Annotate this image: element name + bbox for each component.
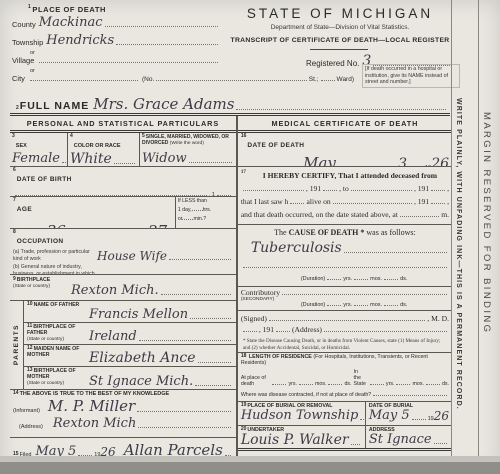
undertaker-address-value: St Ignace	[369, 433, 432, 446]
form-body: PERSONAL AND STATISTICAL PARTICULARS 3SE…	[10, 116, 450, 466]
father-birthplace-note: (State or country)	[27, 337, 64, 342]
parents-section: PARENTS 10NAME OF FATHER Francis Mellon …	[10, 301, 236, 390]
dotted-line	[323, 188, 337, 191]
medical-column: MEDICAL CERTIFICATE OF DEATH 16DATE OF D…	[237, 116, 452, 466]
mother-birthplace-label: BIRTHPLACE OF MOTHER	[27, 368, 76, 380]
father-name-value: Francis Mellon	[89, 308, 188, 321]
mos-unit: mos.	[370, 302, 382, 308]
dotted-line	[354, 277, 368, 280]
contributory-field: Contributory (SECONDARY) (Duration) yrs.…	[238, 287, 452, 311]
dotted-line	[373, 393, 447, 396]
no-paren-label: (No.	[142, 76, 154, 83]
where-contracted-label: Where was disease contracted, if not at …	[241, 392, 371, 398]
field-number: 17	[241, 170, 246, 175]
hospital-note: [If death occurred in a hospital or inst…	[362, 64, 460, 88]
dotted-line	[290, 201, 304, 204]
field-number: 4	[70, 133, 73, 139]
undertaker-field: 20UNDERTAKER Louis P. Walker	[238, 426, 366, 448]
field-number: 8	[13, 229, 16, 235]
dotted-line	[431, 188, 445, 191]
color-race-label: COLOR OR RACE	[74, 143, 121, 149]
dotted-line	[39, 60, 218, 63]
dotted-line	[139, 338, 231, 341]
dotted-line	[105, 24, 218, 27]
sign-date-field: , 191 (Address)	[238, 324, 452, 336]
informant-address-label: (Address)	[19, 424, 43, 430]
dotted-line	[156, 78, 307, 81]
place-of-burial-value: Hudson Township	[241, 409, 359, 422]
comma: ,	[447, 197, 449, 206]
field-number: 12	[27, 345, 33, 351]
personal-title: PERSONAL AND STATISTICAL PARTICULARS	[10, 116, 236, 133]
registered-no-label: Registered No.	[306, 59, 359, 68]
place-of-death-heading: 1PLACE OF DEATH	[28, 5, 106, 14]
birthplace-label: BIRTHPLACE	[17, 277, 50, 283]
sex-label: SEX	[16, 143, 27, 149]
dotted-line	[272, 382, 286, 385]
age-label: AGE	[17, 206, 32, 213]
dod-month-value: May	[303, 156, 336, 167]
sex-color-marital-row: 3SEX Female 4COLOR OR RACE White 5SINGLE…	[10, 133, 236, 167]
dotted-line	[344, 250, 447, 253]
place-of-burial-field: 19PLACE OF BURIAL OR REMOVAL Hudson Town…	[238, 402, 366, 425]
mother-maiden-name-label: MAIDEN NAME OF MOTHER	[27, 346, 79, 358]
marital-value: Widow	[142, 152, 187, 165]
township-field: Township Hendricks	[12, 34, 220, 47]
father-name-field: 10NAME OF FATHER Francis Mellon	[24, 301, 236, 323]
color-race-value: White	[70, 152, 112, 166]
margin-rule	[451, 0, 452, 458]
st-label: St.;	[309, 76, 319, 83]
dotted-line	[189, 160, 232, 163]
dotted-line	[15, 193, 207, 196]
year-191: , 191	[414, 184, 429, 193]
dotted-line	[328, 382, 342, 385]
full-name-label: FULL NAME	[20, 100, 89, 112]
certificate-form: 1PLACE OF DEATH County Mackinac Township…	[10, 2, 450, 454]
informant-address-value: Rexton Mich	[53, 417, 137, 430]
yrs-unit: yrs.	[343, 302, 352, 308]
yrs-unit: yrs.	[343, 276, 352, 282]
at-place-label: At place of death	[241, 375, 271, 387]
color-race-field: 4COLOR OR RACE White	[67, 133, 139, 166]
certify-line1: I HEREBY CERTIFY, That I attended deceas…	[263, 171, 437, 180]
field-number: 3	[12, 133, 15, 139]
dotted-line	[412, 417, 426, 420]
dotted-line	[351, 442, 360, 445]
less-note-2: 1 day,	[178, 207, 192, 213]
dotted-line	[169, 257, 231, 260]
county-value: Mackinac	[39, 16, 103, 29]
dotted-line	[327, 303, 341, 306]
less-note-1: If LESS than	[178, 198, 207, 204]
father-birthplace-value: Ireland	[89, 330, 137, 343]
state-title: STATE OF MICHIGAN	[228, 6, 452, 21]
certify-field: 17 I HEREBY CERTIFY, That I attended dec…	[238, 167, 452, 225]
in-the-label: In the	[354, 370, 366, 382]
dotted-line	[190, 316, 231, 319]
m-suffix: m.	[441, 210, 449, 219]
form-header: 1PLACE OF DEATH County Mackinac Township…	[10, 2, 450, 92]
birthplace-note: (State or country)	[13, 284, 50, 289]
parents-label: PARENTS	[13, 324, 20, 365]
field-number: 11	[27, 323, 32, 329]
dotted-line	[434, 441, 447, 444]
occupation-b-label: (b) General nature of industry, business…	[13, 264, 97, 275]
cause-label: CAUSE OF DEATH *	[289, 228, 365, 237]
dotted-line	[282, 292, 447, 295]
dotted-line	[137, 409, 231, 412]
city-label: City	[12, 74, 25, 83]
contributory-label: Contributory	[241, 288, 280, 297]
parents-side-label: PARENTS	[10, 301, 24, 389]
dotted-line	[182, 215, 193, 220]
undertaker-row: 20UNDERTAKER Louis P. Walker ADDRESS St …	[238, 426, 452, 451]
ds-unit: ds.	[344, 381, 351, 387]
cause-value: Tuberculosis	[251, 241, 342, 255]
min-label: min.?	[193, 216, 206, 222]
in-the-state-label: In theState	[354, 370, 366, 387]
medical-title: MEDICAL CERTIFICATE OF DEATH	[238, 116, 452, 133]
county-label: County	[12, 20, 36, 29]
dotted-line	[236, 107, 446, 110]
field-number: 1	[28, 4, 31, 10]
dotted-line	[30, 78, 138, 81]
birthplace-value: Rexton Mich.	[71, 284, 159, 297]
write-plainly-margin-text: WRITE PLAINLY, WITH UNFADING INK—THIS IS…	[455, 98, 462, 410]
footnote-text: * State the Disease Causing Death, or in…	[241, 337, 449, 353]
father-birthplace-label: BIRTHPLACE OF FATHER	[27, 324, 75, 336]
field-number: 13	[27, 367, 33, 373]
dotted-line	[243, 188, 304, 191]
dotted-line	[116, 42, 218, 45]
ds-unit: ds.	[442, 381, 449, 387]
occupation-a-value: House Wife	[97, 250, 167, 262]
field-number: 14	[13, 390, 19, 396]
cause-footnote: * State the Disease Causing Death, or in…	[238, 336, 452, 353]
scan-edge-dark	[0, 462, 500, 474]
burial-year-value: 26	[434, 410, 449, 422]
informant-label: (Informant)	[13, 408, 40, 414]
city-field: City	[12, 74, 140, 83]
village-label: Village	[12, 56, 34, 65]
field-number: 5	[142, 133, 145, 139]
certify-line3: and that death occurred, on the date sta…	[241, 210, 398, 219]
state-label: State	[354, 382, 366, 388]
rule	[310, 49, 368, 50]
dotted-line	[327, 277, 341, 280]
md-suffix: , M. D.	[427, 314, 449, 323]
sex-field: 3SEX Female	[10, 133, 67, 166]
dotted-line	[299, 382, 313, 385]
dotted-line	[198, 360, 231, 363]
age-field: 7AGE If LESS than 1 day,hrs. ormin.? 36 …	[10, 197, 236, 229]
dotted-line	[426, 382, 440, 385]
cause-of-death-field: The CAUSE OF DEATH * was as follows: Tub…	[238, 225, 452, 287]
dotted-line	[370, 382, 384, 385]
year-191: , 191	[414, 197, 429, 206]
sex-value: Female	[12, 152, 60, 165]
death-certificate-scan: 1PLACE OF DEATH County Mackinac Township…	[0, 0, 500, 474]
duration-label: (Duration)	[301, 302, 325, 308]
occupation-a-label: (a) Trade, profession or particular kind…	[13, 249, 97, 262]
ds-unit: ds.	[400, 302, 407, 308]
dotted-line	[195, 383, 231, 386]
dod-label: DATE OF DEATH	[247, 142, 304, 149]
full-name-value: Mrs. Grace Adams	[93, 97, 234, 112]
personal-column: PERSONAL AND STATISTICAL PARTICULARS 3SE…	[10, 116, 237, 466]
undertaker-value: Louis P. Walker	[241, 433, 349, 447]
mos-unit: mos.	[370, 276, 382, 282]
ds-unit: ds.	[400, 276, 407, 282]
occupation-label: OCCUPATION	[17, 238, 64, 245]
field-number: 18	[241, 353, 247, 359]
less-than-one-day-note: If LESS than 1 day,hrs. ormin.?	[175, 197, 236, 228]
dotted-line	[217, 193, 231, 196]
dotted-line	[400, 214, 439, 217]
department-line: Department of State—Division of Vital St…	[228, 24, 452, 31]
field-number: 7	[13, 197, 16, 203]
hrs-label: hrs.	[203, 207, 212, 213]
dotted-line	[384, 277, 398, 280]
margin-rule	[478, 0, 479, 458]
dotted-line	[354, 303, 368, 306]
mos-unit: mos.	[315, 381, 326, 387]
marital-note: (Write the word)	[170, 141, 204, 146]
date-of-burial-value: May 5	[369, 409, 410, 422]
mos-unit: mos.	[412, 381, 423, 387]
year-191: , 191	[306, 184, 321, 193]
dotted-line	[333, 201, 412, 204]
dotted-line	[192, 206, 203, 211]
father-birthplace-field: 11BIRTHPLACE OF FATHER(State or country)…	[24, 323, 236, 345]
ward-label: Ward)	[337, 76, 354, 83]
parents-rows: 10NAME OF FATHER Francis Mellon 11BIRTHP…	[24, 301, 236, 389]
duration-label: (Duration)	[301, 276, 325, 282]
place-of-death-label: PLACE OF DEATH	[32, 5, 106, 14]
dotted-line	[114, 161, 135, 164]
length-of-residence-field: 18 LENGTH OF RESIDENCE (For Hospitals, I…	[238, 353, 452, 402]
cause-rest: was as follows:	[366, 228, 415, 237]
dod-day-value: 3	[398, 157, 407, 167]
dotted-line	[243, 329, 257, 332]
full-name-field: 2 FULL NAME Mrs. Grace Adams	[10, 92, 450, 116]
dotted-line	[276, 329, 290, 332]
dotted-line	[138, 425, 230, 428]
township-label: Township	[12, 38, 43, 47]
township-value: Hendricks	[46, 34, 114, 47]
signed-field: (Signed) , M. D.	[238, 311, 452, 324]
date-of-death-field: 16DATE OF DEATH May 3 1926 (Month) (Day)…	[238, 133, 452, 167]
father-name-label: NAME OF FATHER	[34, 302, 80, 308]
cause-the: The	[274, 228, 286, 237]
mother-birthplace-field: 13BIRTHPLACE OF MOTHER(State or country)…	[24, 367, 236, 389]
year-191: , 191	[259, 325, 274, 334]
mother-birthplace-note: (State or country)	[27, 381, 64, 386]
county-field: County Mackinac	[12, 16, 220, 29]
occupation-field: 8OCCUPATION (a) Trade, profession or par…	[10, 229, 236, 275]
field-number: 6	[13, 167, 16, 173]
date-of-birth-field: 6DATE OF BIRTH , 1 (Month) (Day) (Year)	[10, 167, 236, 197]
dotted-line	[431, 201, 445, 204]
dotted-line	[351, 188, 412, 191]
informant-value: M. P. Miller	[48, 399, 135, 414]
field-number: 20	[241, 426, 247, 432]
field-number: 2	[16, 105, 19, 111]
binding-margin-text: MARGIN RESERVED FOR BINDING	[481, 112, 492, 334]
comma: ,	[447, 184, 449, 193]
certify-saw-a: that I last saw h	[241, 197, 289, 206]
certify-saw-b: alive on	[306, 197, 330, 206]
dotted-line	[396, 382, 410, 385]
mother-maiden-name-field: 12MAIDEN NAME OF MOTHER Elizabeth Ance	[24, 345, 236, 367]
yrs-unit: yrs.	[386, 381, 395, 387]
dotted-line	[324, 329, 447, 332]
dotted-line	[269, 318, 425, 321]
date-of-burial-field: DATE OF BURIAL May 5 1926	[366, 402, 452, 425]
mother-maiden-name-value: Elizabeth Ance	[89, 351, 196, 365]
field-number: 10	[27, 301, 33, 307]
attestation-field: 14THE ABOVE IS TRUE TO THE BEST OF MY KN…	[10, 390, 236, 438]
dob-label: DATE OF BIRTH	[17, 176, 72, 183]
dotted-line	[384, 303, 398, 306]
field-number: 19	[241, 402, 247, 408]
to-label: , to	[339, 184, 349, 193]
street-ward-line: (No. St.; Ward)	[142, 76, 354, 83]
field-number: 9	[13, 276, 16, 282]
undertaker-address-field: ADDRESS St Ignace	[366, 426, 452, 448]
village-field: Village	[12, 56, 220, 65]
signed-label: (Signed)	[241, 314, 267, 323]
dod-year-value: 26	[431, 157, 449, 167]
transcript-line: TRANSCRIPT OF CERTIFICATE OF DEATH—LOCAL…	[222, 37, 458, 44]
sign-address-label: (Address)	[292, 325, 322, 334]
birthplace-label-block: 9BIRTHPLACE (State or country)	[13, 276, 71, 290]
dotted-line	[243, 265, 447, 268]
marital-field: 5SINGLE, MARRIED, WIDOWED, OR DIVORCED (…	[139, 133, 236, 166]
birthplace-field: 9BIRTHPLACE (State or country) Rexton Mi…	[10, 275, 236, 301]
yrs-unit: yrs.	[288, 381, 297, 387]
burial-row: 19PLACE OF BURIAL OR REMOVAL Hudson Town…	[238, 402, 452, 426]
dotted-line	[161, 292, 231, 295]
dotted-line	[321, 78, 335, 81]
field-number: 16	[241, 133, 247, 139]
mother-birthplace-value: St Ignace Mich.	[89, 375, 193, 388]
